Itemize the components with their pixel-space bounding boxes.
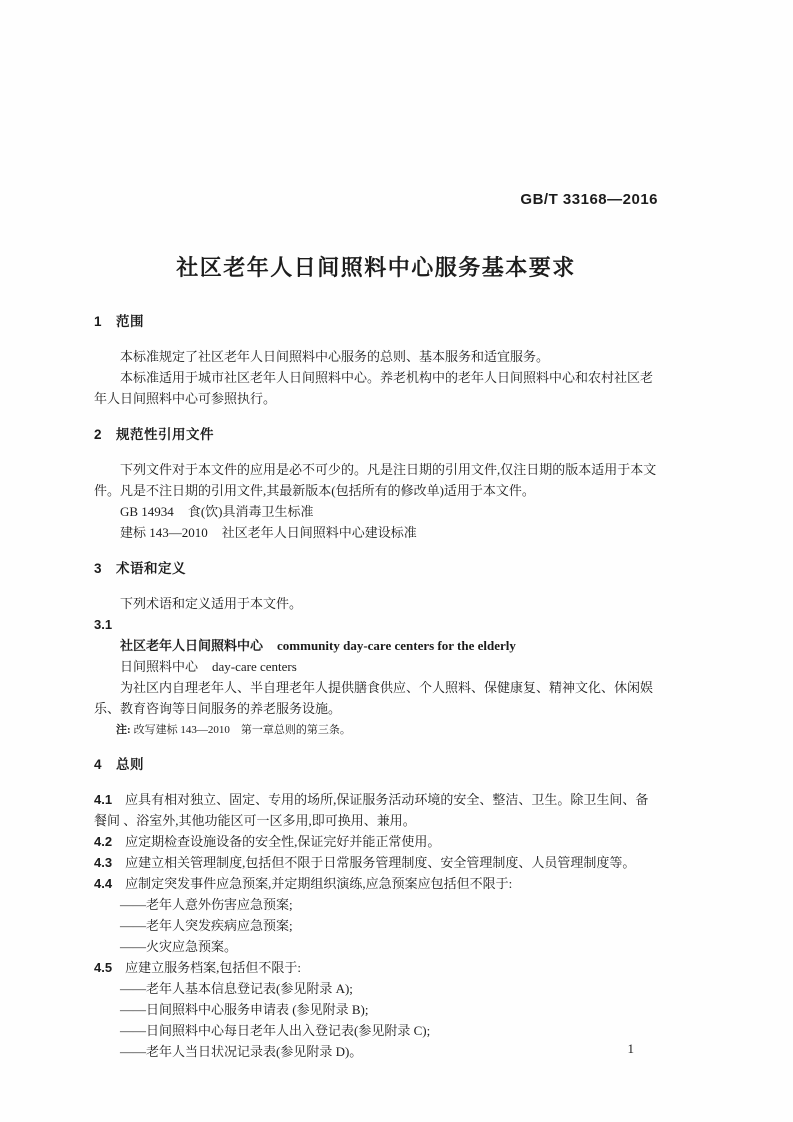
term-note: 注:改写建标 143—2010 第一章总则的第三条。 bbox=[116, 721, 658, 739]
term-chinese: 社区老年人日间照料中心 bbox=[120, 638, 263, 653]
note-text: 改写建标 143—2010 第一章总则的第三条。 bbox=[134, 724, 351, 736]
term-alt-english: day-care centers bbox=[212, 659, 297, 674]
term-number: 3.1 bbox=[94, 614, 658, 635]
clause-4-1: 4.1应具有相对独立、固定、专用的场所,保证服务活动环境的安全、整洁、卫生。除卫… bbox=[94, 789, 658, 831]
document-content: GB/T 33168—2016 社区老年人日间照料中心服务基本要求 1范围 本标… bbox=[94, 0, 658, 1062]
list-item: ——老年人基本信息登记表(参见附录 A); bbox=[120, 978, 658, 999]
terms-intro: 下列术语和定义适用于本文件。 bbox=[94, 593, 658, 614]
clause-text: 应定期检查设施设备的安全性,保证完好并能正常使用。 bbox=[125, 834, 440, 849]
clause-4-5: 4.5应建立服务档案,包括但不限于: bbox=[94, 957, 658, 978]
list-item: ——日间照料中心服务申请表 (参见附录 B); bbox=[120, 999, 658, 1020]
term-alt-chinese: 日间照料中心 bbox=[120, 659, 198, 674]
reference-code: GB 14934 bbox=[120, 504, 174, 519]
clause-text: 应建立服务档案,包括但不限于: bbox=[125, 960, 301, 975]
document-title: 社区老年人日间照料中心服务基本要求 bbox=[94, 254, 658, 282]
page-number: 1 bbox=[94, 1040, 658, 1058]
reference-item: 建标 143—2010社区老年人日间照料中心建设标准 bbox=[120, 522, 658, 543]
list-item: ——火灾应急预案。 bbox=[120, 936, 658, 957]
section-2-title: 规范性引用文件 bbox=[116, 427, 214, 442]
clause-number: 4.3 bbox=[94, 855, 112, 870]
section-1-heading: 1范围 bbox=[94, 312, 658, 332]
clause-text: 应建立相关管理制度,包括但不限于日常服务管理制度、安全管理制度、人员管理制度等。 bbox=[125, 855, 635, 870]
scope-paragraph-1: 本标准规定了社区老年人日间照料中心服务的总则、基本服务和适宜服务。 bbox=[94, 346, 658, 367]
clause-4-4: 4.4应制定突发事件应急预案,并定期组织演练,应急预案应包括但不限于: bbox=[94, 873, 658, 894]
document-page: GB/T 33168—2016 社区老年人日间照料中心服务基本要求 1范围 本标… bbox=[0, 0, 793, 1122]
standard-number: GB/T 33168—2016 bbox=[94, 189, 658, 210]
section-4-number: 4 bbox=[94, 757, 102, 772]
section-3-heading: 3术语和定义 bbox=[94, 559, 658, 579]
term-definition: 为社区内自理老年人、半自理老年人提供膳食供应、个人照料、保健康复、精神文化、休闲… bbox=[94, 677, 658, 719]
scope-paragraph-2: 本标准适用于城市社区老年人日间照料中心。养老机构中的老年人日间照料中心和农村社区… bbox=[94, 367, 658, 409]
term-admitted: 日间照料中心day-care centers bbox=[120, 656, 658, 677]
clause-number: 4.5 bbox=[94, 960, 112, 975]
section-1-number: 1 bbox=[94, 314, 102, 329]
normative-references-intro: 下列文件对于本文件的应用是必不可少的。凡是注日期的引用文件,仅注日期的版本适用于… bbox=[94, 459, 658, 501]
note-label: 注: bbox=[116, 724, 131, 736]
section-2-number: 2 bbox=[94, 427, 102, 442]
list-item: ——日间照料中心每日老年人出入登记表(参见附录 C); bbox=[120, 1020, 658, 1041]
reference-item: GB 14934食(饮)具消毒卫生标准 bbox=[120, 501, 658, 522]
section-1-title: 范围 bbox=[116, 314, 144, 329]
term-preferred: 社区老年人日间照料中心community day-care centers fo… bbox=[120, 635, 658, 656]
reference-code: 建标 143—2010 bbox=[120, 525, 208, 540]
clause-4-2: 4.2应定期检查设施设备的安全性,保证完好并能正常使用。 bbox=[94, 831, 658, 852]
list-item: ——老年人突发疾病应急预案; bbox=[120, 915, 658, 936]
clause-4-3: 4.3应建立相关管理制度,包括但不限于日常服务管理制度、安全管理制度、人员管理制… bbox=[94, 852, 658, 873]
clause-number: 4.1 bbox=[94, 792, 112, 807]
clause-number: 4.2 bbox=[94, 834, 112, 849]
clause-text: 应制定突发事件应急预案,并定期组织演练,应急预案应包括但不限于: bbox=[125, 876, 512, 891]
section-3-number: 3 bbox=[94, 561, 102, 576]
reference-name: 食(饮)具消毒卫生标准 bbox=[188, 504, 314, 519]
section-4-title: 总则 bbox=[116, 757, 144, 772]
term-english: community day-care centers for the elder… bbox=[277, 638, 516, 653]
section-2-heading: 2规范性引用文件 bbox=[94, 425, 658, 445]
reference-name: 社区老年人日间照料中心建设标准 bbox=[222, 525, 417, 540]
section-3-title: 术语和定义 bbox=[116, 561, 186, 576]
list-item: ——老年人意外伤害应急预案; bbox=[120, 894, 658, 915]
section-4-heading: 4总则 bbox=[94, 755, 658, 775]
clause-number: 4.4 bbox=[94, 876, 112, 891]
clause-text: 应具有相对独立、固定、专用的场所,保证服务活动环境的安全、整洁、卫生。除卫生间、… bbox=[94, 792, 648, 828]
